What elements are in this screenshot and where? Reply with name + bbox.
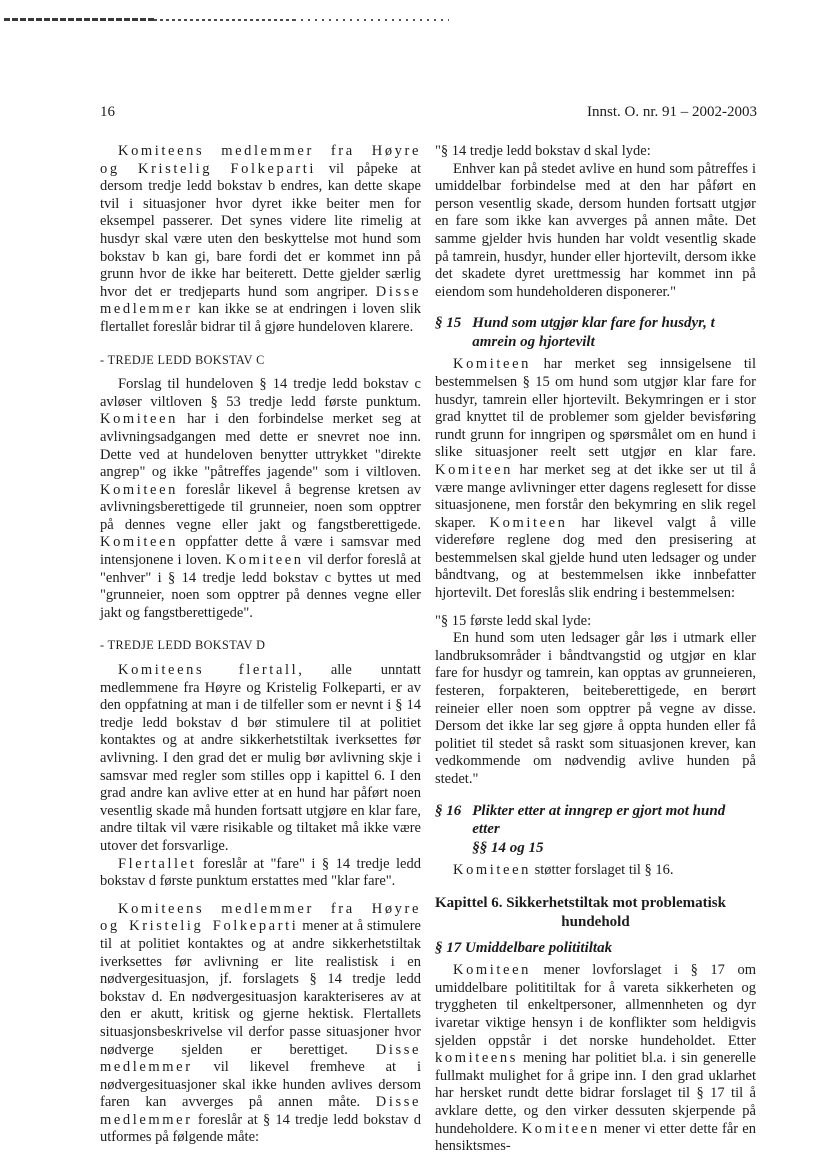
text-run: vil påpeke at dersom tredje ledd bokstav…: [100, 161, 421, 300]
emphasized-text: Komiteen: [100, 482, 178, 498]
emphasized-text: Komiteen: [100, 534, 178, 550]
scan-artifact-segment: [4, 18, 154, 21]
section-number: § 15: [435, 314, 461, 351]
quote-intro: "§ 15 første ledd skal lyde:: [435, 613, 756, 631]
text-run: "§ 14 tredje ledd bokstav d skal lyde:: [435, 143, 651, 159]
doc-reference: Innst. O. nr. 91 – 2002-2003: [587, 104, 757, 121]
text-run: støtter forslaget til § 16.: [531, 862, 674, 878]
scanned-document-page: 16 Innst. O. nr. 91 – 2002-2003 Komiteen…: [0, 0, 826, 1169]
chapter-heading-line: hundehold: [435, 913, 756, 932]
section-title: Hund som utgjør klar fare for husdyr, ta…: [472, 314, 715, 351]
text-run: mener at å stimulere til at politiet kon…: [100, 918, 421, 1057]
paragraph: Komiteen støtter forslaget til § 16.: [435, 862, 756, 880]
emphasized-text: Komiteen: [435, 462, 513, 478]
text-run: "§ 15 første ledd skal lyde:: [435, 613, 591, 629]
emphasized-text: Komiteen: [100, 411, 178, 427]
text-columns: Komiteens medlemmer fra Høyre og Kristel…: [100, 143, 757, 1156]
emphasized-text: Komiteen: [453, 962, 531, 978]
section-title-line: amrein og hjortevilt: [472, 333, 715, 352]
chapter-heading: Kapittel 6. Sikkerhetstiltak mot problem…: [435, 894, 756, 932]
left-column: Komiteens medlemmer fra Høyre og Kristel…: [100, 143, 421, 1156]
quote-intro: "§ 14 tredje ledd bokstav d skal lyde:: [435, 143, 756, 161]
emphasized-text: Komiteen: [226, 552, 304, 568]
right-column: "§ 14 tredje ledd bokstav d skal lyde:En…: [435, 143, 756, 1156]
paragraph: Komiteens medlemmer fra Høyre og Kristel…: [100, 901, 421, 1147]
scan-artifact-segment: [154, 19, 294, 21]
section-number: § 16: [435, 802, 461, 858]
section-title-line: Plikter etter at inngrep er gjort mot hu…: [472, 802, 756, 839]
emphasized-text: Flertallet: [118, 856, 196, 872]
emphasized-text: Komiteen: [522, 1121, 600, 1137]
section-heading: § 15Hund som utgjør klar fare for husdyr…: [435, 314, 756, 351]
subsection-label: - TREDJE LEDD BOKSTAV C: [100, 352, 421, 370]
scan-artifact-segment: [294, 19, 449, 21]
paragraph: Forslag til hundeloven § 14 tredje ledd …: [100, 376, 421, 622]
section-title-line: Hund som utgjør klar fare for husdyr, t: [472, 314, 715, 333]
section-title: Plikter etter at inngrep er gjort mot hu…: [472, 802, 756, 858]
chapter-heading-line: Kapittel 6. Sikkerhetstiltak mot problem…: [435, 894, 756, 913]
emphasized-text: Komiteen: [453, 356, 531, 372]
text-run: Forslag til hundeloven § 14 tredje ledd …: [100, 376, 421, 410]
quote-paragraph: Enhver kan på stedet avlive en hund som …: [435, 161, 756, 302]
emphasized-text: komiteens: [435, 1050, 518, 1066]
page-number: 16: [100, 104, 115, 121]
paragraph: Komiteen har merket seg innsigelsene til…: [435, 356, 756, 602]
text-run: Enhver kan på stedet avlive en hund som …: [435, 161, 756, 300]
emphasized-text: Komiteens flertall: [118, 662, 298, 678]
text-run: , alle unntatt medlemmene fra Høyre og K…: [100, 662, 421, 854]
paragraph: Komiteens flertall, alle unntatt medlemm…: [100, 662, 421, 856]
scan-artifact: [4, 18, 449, 22]
paragraph: Flertallet foreslår at "fare" i § 14 tre…: [100, 856, 421, 891]
paragraph: Komiteens medlemmer fra Høyre og Kristel…: [100, 143, 421, 337]
section-title-line: §§ 14 og 15: [472, 839, 756, 858]
paragraph: Komiteen mener lovforslaget i § 17 om um…: [435, 962, 756, 1156]
subsection-heading: § 17 Umiddelbare polititiltak: [435, 940, 756, 958]
text-run: En hund som uten ledsager går løs i utma…: [435, 630, 756, 787]
page-header: 16 Innst. O. nr. 91 – 2002-2003: [100, 104, 757, 121]
quote-paragraph: En hund som uten ledsager går løs i utma…: [435, 630, 756, 788]
section-heading: § 16Plikter etter at inngrep er gjort mo…: [435, 802, 756, 858]
emphasized-text: Komiteen: [453, 862, 531, 878]
subsection-label: - TREDJE LEDD BOKSTAV D: [100, 637, 421, 655]
emphasized-text: Komiteen: [490, 515, 568, 531]
